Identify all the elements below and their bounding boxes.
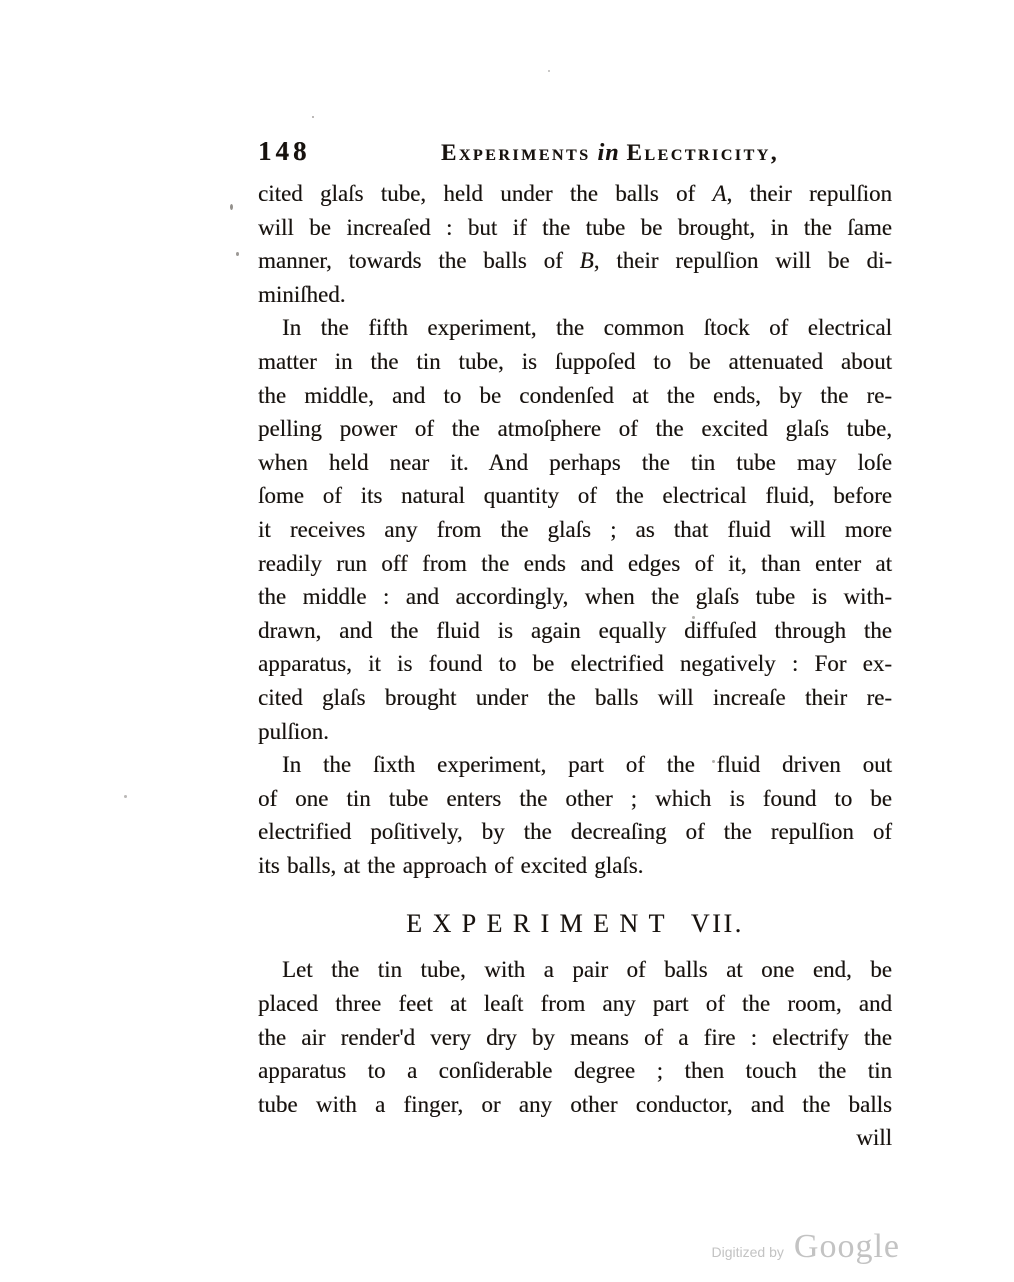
book-page-scan: 148 ExperimentsinElectricity, cited glaſ…	[0, 0, 1014, 1282]
text-line: cited glaſs brought under the balls will…	[258, 681, 892, 715]
text-line: miniſhed.	[258, 278, 892, 312]
paragraph-1: cited glaſs tube, held under the balls o…	[258, 177, 892, 311]
text-line: placed three feet at leaſt from any part…	[258, 987, 892, 1021]
scan-speck	[124, 795, 127, 798]
text-line: readily run off from the ends and edges …	[258, 547, 892, 581]
scan-speck	[230, 204, 233, 210]
running-title-word2: Electricity,	[627, 140, 779, 165]
running-title-word1: Experiments	[441, 140, 591, 165]
text-line: of one tin tube enters the other ; which…	[258, 782, 892, 816]
catchword: will	[258, 1121, 892, 1155]
running-header: 148 ExperimentsinElectricity,	[258, 136, 892, 170]
watermark: Digitized by Google	[712, 1228, 900, 1266]
paragraph-3: In the ſixth experiment, part of the flu…	[258, 748, 892, 882]
text-line: will be increaſed : but if the tube be b…	[258, 211, 892, 245]
text-line: drawn, and the fluid is again equally di…	[258, 614, 892, 648]
google-logo: Google	[794, 1228, 900, 1266]
text-line: electrified poſitively, by the decreaſin…	[258, 815, 892, 849]
text-line: In the fifth experiment, the common ſtoc…	[258, 311, 892, 345]
section-heading-word: EXPERIMENT	[406, 909, 675, 938]
text-line: the air render'd very dry by means of a …	[258, 1021, 892, 1055]
paragraph-2: In the fifth experiment, the common ſtoc…	[258, 311, 892, 748]
section-heading: EXPERIMENTVII.	[258, 906, 892, 942]
text-line: manner, towards the balls of B, their re…	[258, 244, 892, 278]
running-title-connector: in	[598, 140, 620, 166]
text-line: cited glaſs tube, held under the balls o…	[258, 177, 892, 211]
text-line: pulſion.	[258, 715, 892, 749]
text-line: matter in the tin tube, is ſuppoſed to b…	[258, 345, 892, 379]
scan-speck	[236, 252, 239, 256]
text-line: tube with a finger, or any other conduct…	[258, 1088, 892, 1122]
page-number: 148	[258, 136, 328, 167]
section-heading-numeral: VII.	[691, 909, 744, 938]
text-line: when held near it. And perhaps the tin t…	[258, 446, 892, 480]
running-title: ExperimentsinElectricity,	[328, 140, 892, 167]
text-block: 148 ExperimentsinElectricity, cited glaſ…	[258, 136, 892, 1155]
text-line: In the ſixth experiment, part of the flu…	[258, 748, 892, 782]
scan-speck	[548, 70, 550, 72]
text-line: its balls, at the approach of excited gl…	[258, 849, 892, 883]
scan-speck	[312, 116, 314, 118]
paragraph-4: Let the tin tube, with a pair of balls a…	[258, 953, 892, 1121]
text-line: pelling power of the atmoſphere of the e…	[258, 412, 892, 446]
text-line: Let the tin tube, with a pair of balls a…	[258, 953, 892, 987]
watermark-text: Digitized by	[712, 1244, 784, 1260]
text-line: the middle, and to be condenſed at the e…	[258, 379, 892, 413]
text-line: the middle : and accordingly, when the g…	[258, 580, 892, 614]
text-line: it receives any from the glaſs ; as that…	[258, 513, 892, 547]
text-line: apparatus, it is found to be electrified…	[258, 647, 892, 681]
scan-speck	[692, 616, 695, 619]
text-line: ſome of its natural quantity of the elec…	[258, 479, 892, 513]
scan-speck	[712, 760, 715, 763]
text-line: apparatus to a conſiderable degree ; the…	[258, 1054, 892, 1088]
